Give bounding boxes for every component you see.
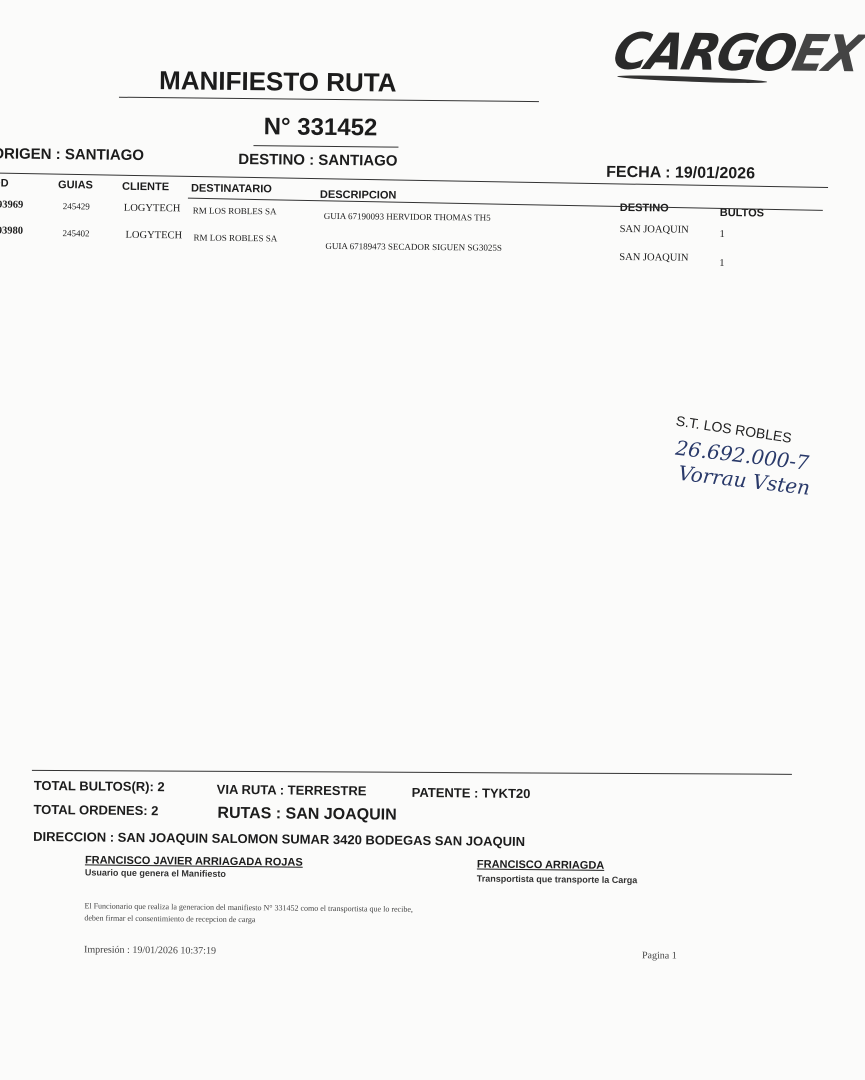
note-line-2: deben firmar el consentimiento de recepc…	[84, 912, 255, 925]
via-ruta: VIA RUTA : TERRESTRE	[217, 782, 367, 799]
cell-bultos: 1	[720, 229, 725, 240]
cell-cliente: LOGYTECH	[125, 230, 182, 242]
cell-destino: SAN JOAQUIN	[620, 224, 689, 236]
col-guias: GUIAS	[58, 179, 93, 191]
col-cliente: CLIENTE	[122, 181, 169, 193]
rutas: RUTAS : SAN JOAQUIN	[217, 805, 396, 825]
col-destinatario: DESTINATARIO	[191, 182, 272, 195]
table-row: 793969 245429 LOGYTECH RM LOS ROBLES SA …	[0, 0, 865, 5]
direccion: DIRECCION : SAN JOAQUIN SALOMON SUMAR 34…	[33, 829, 525, 849]
cell-bultos: 1	[719, 258, 724, 269]
destino-label: DESTINO : SANTIAGO	[238, 151, 397, 170]
manifest-page: CARGOEX MANIFIESTO RUTA N° 331452 ORIGEN…	[0, 0, 865, 1080]
total-bultos: TOTAL BULTOS(R): 2	[34, 778, 165, 794]
page-number: Pagina 1	[642, 950, 677, 961]
cell-cliente: LOGYTECH	[124, 203, 181, 215]
col-destino: DESTINO	[620, 202, 669, 215]
cell-od: 793969	[0, 199, 23, 210]
footer-rule	[32, 770, 792, 775]
divider	[253, 145, 398, 148]
cell-destino: SAN JOAQUIN	[619, 252, 688, 264]
signer2-role: Transportista que transporte la Carga	[477, 874, 638, 886]
impresion-timestamp: Impresión : 19/01/2026 10:37:19	[84, 944, 216, 956]
signer2-name: FRANCISCO ARRIAGDA	[477, 859, 604, 872]
cell-destinatario: RM LOS ROBLES SA	[193, 206, 277, 217]
cell-guias: 245429	[63, 201, 90, 211]
fecha-label: FECHA : 19/01/2026	[606, 164, 755, 184]
page-title: MANIFIESTO RUTA	[159, 65, 397, 98]
table-header-rule	[188, 198, 823, 211]
patente: PATENTE : TYKT20	[412, 785, 531, 801]
cell-descripcion: GUIA 67190093 HERVIDOR THOMAS TH5	[324, 211, 491, 223]
cell-descripcion: GUIA 67189473 SECADOR SIGUEN SG3025S	[325, 241, 502, 253]
manifest-number: N° 331452	[264, 113, 378, 142]
origen-label: ORIGEN : SANTIAGO	[0, 145, 144, 164]
col-od: OD	[0, 177, 9, 189]
signer1-name: FRANCISCO JAVIER ARRIAGADA ROJAS	[85, 854, 303, 868]
total-ordenes: TOTAL ORDENES: 2	[33, 802, 158, 818]
table-row: 793980 245402 LOGYTECH RM LOS ROBLES SA …	[0, 0, 865, 5]
cell-guias: 245402	[62, 228, 89, 238]
cell-od: 793980	[0, 225, 23, 236]
table-header: OD GUIAS CLIENTE DESTINATARIO DESCRIPCIO…	[0, 0, 865, 5]
cell-destinatario: RM LOS ROBLES SA	[193, 233, 277, 244]
signer1-role: Usuario que genera el Manifiesto	[85, 867, 226, 878]
